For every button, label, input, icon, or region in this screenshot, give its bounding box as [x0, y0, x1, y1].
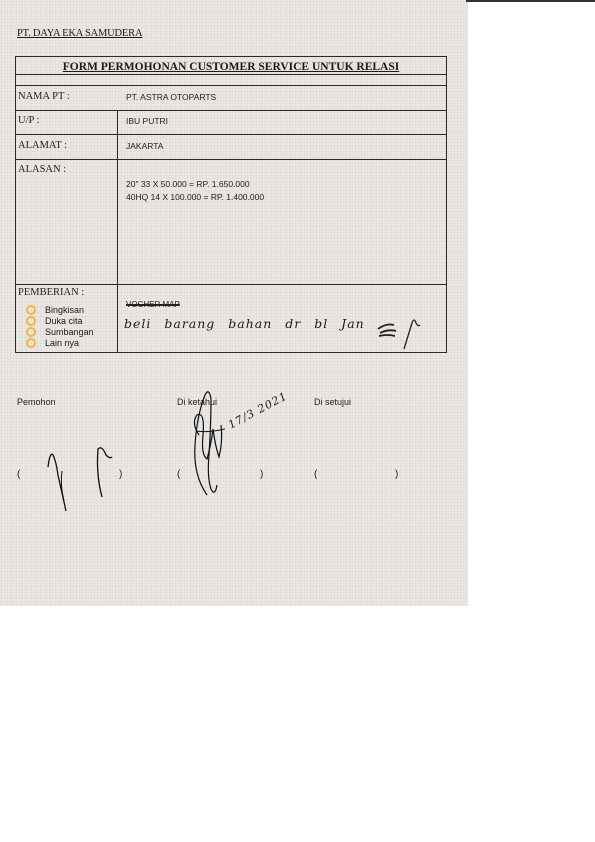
company-name: PT. DAYA EKA SAMUDERA [17, 28, 142, 39]
field-label-alasan: ALASAN : [18, 164, 66, 175]
pemberian-options: Bingkisan Duka cita Sumbangan Lain nya [26, 304, 94, 348]
option-bingkisan: Bingkisan [26, 304, 94, 315]
struck-printed-value: VOCHER MAP [126, 300, 180, 309]
handwritten-note: beli barang bahan dr bl Jan [124, 316, 365, 331]
option-label: Duka cita [45, 316, 83, 326]
divider [16, 85, 446, 86]
paren-open: ( [17, 469, 20, 480]
signature-label-di-setujui: Di setujui [314, 397, 351, 407]
request-form-table: FORM PERMOHONAN CUSTOMER SERVICE UNTUK R… [15, 56, 447, 353]
option-lain-nya: Lain nya [26, 337, 94, 348]
scanned-paper: PT. DAYA EKA SAMUDERA FORM PERMOHONAN CU… [0, 0, 468, 606]
divider [16, 134, 446, 135]
circle-bullet-icon [26, 316, 36, 326]
paren-open: ( [177, 469, 180, 480]
field-label-alamat: ALAMAT : [18, 140, 67, 151]
field-value-up: IBU PUTRI [126, 116, 168, 126]
field-label-pemberian: PEMBERIAN : [18, 287, 84, 298]
field-value-alamat: JAKARTA [126, 141, 163, 151]
circle-bullet-icon [26, 338, 36, 348]
field-value-nama-pt: PT. ASTRA OTOPARTS [126, 92, 216, 102]
paren-open: ( [314, 469, 317, 480]
option-sumbangan: Sumbangan [26, 326, 94, 337]
signature-label-pemohon: Pemohon [17, 397, 56, 407]
divider [16, 110, 446, 111]
option-label: Bingkisan [45, 305, 84, 315]
option-label: Sumbangan [45, 327, 94, 337]
pemohon-signature [40, 445, 120, 515]
paren-close: ) [395, 469, 398, 480]
circle-bullet-icon [26, 327, 36, 337]
field-value-alasan-line-1: 20" 33 X 50.000 = RP. 1.650.000 [126, 179, 250, 189]
field-label-nama-pt: NAMA PT : [18, 91, 70, 102]
circle-bullet-icon [26, 305, 36, 315]
column-divider [117, 110, 118, 352]
field-label-up: U/P : [18, 115, 40, 126]
field-value-alasan-line-2: 40HQ 14 X 100.000 = RP. 1.400.000 [126, 192, 264, 202]
divider [16, 284, 446, 285]
handwritten-initial-mark [376, 309, 416, 349]
option-label: Lain nya [45, 338, 79, 348]
option-duka-cita: Duka cita [26, 315, 94, 326]
divider [16, 159, 446, 160]
form-title: FORM PERMOHONAN CUSTOMER SERVICE UNTUK R… [16, 61, 446, 73]
scan-edge-line [466, 0, 595, 2]
divider [16, 74, 446, 75]
